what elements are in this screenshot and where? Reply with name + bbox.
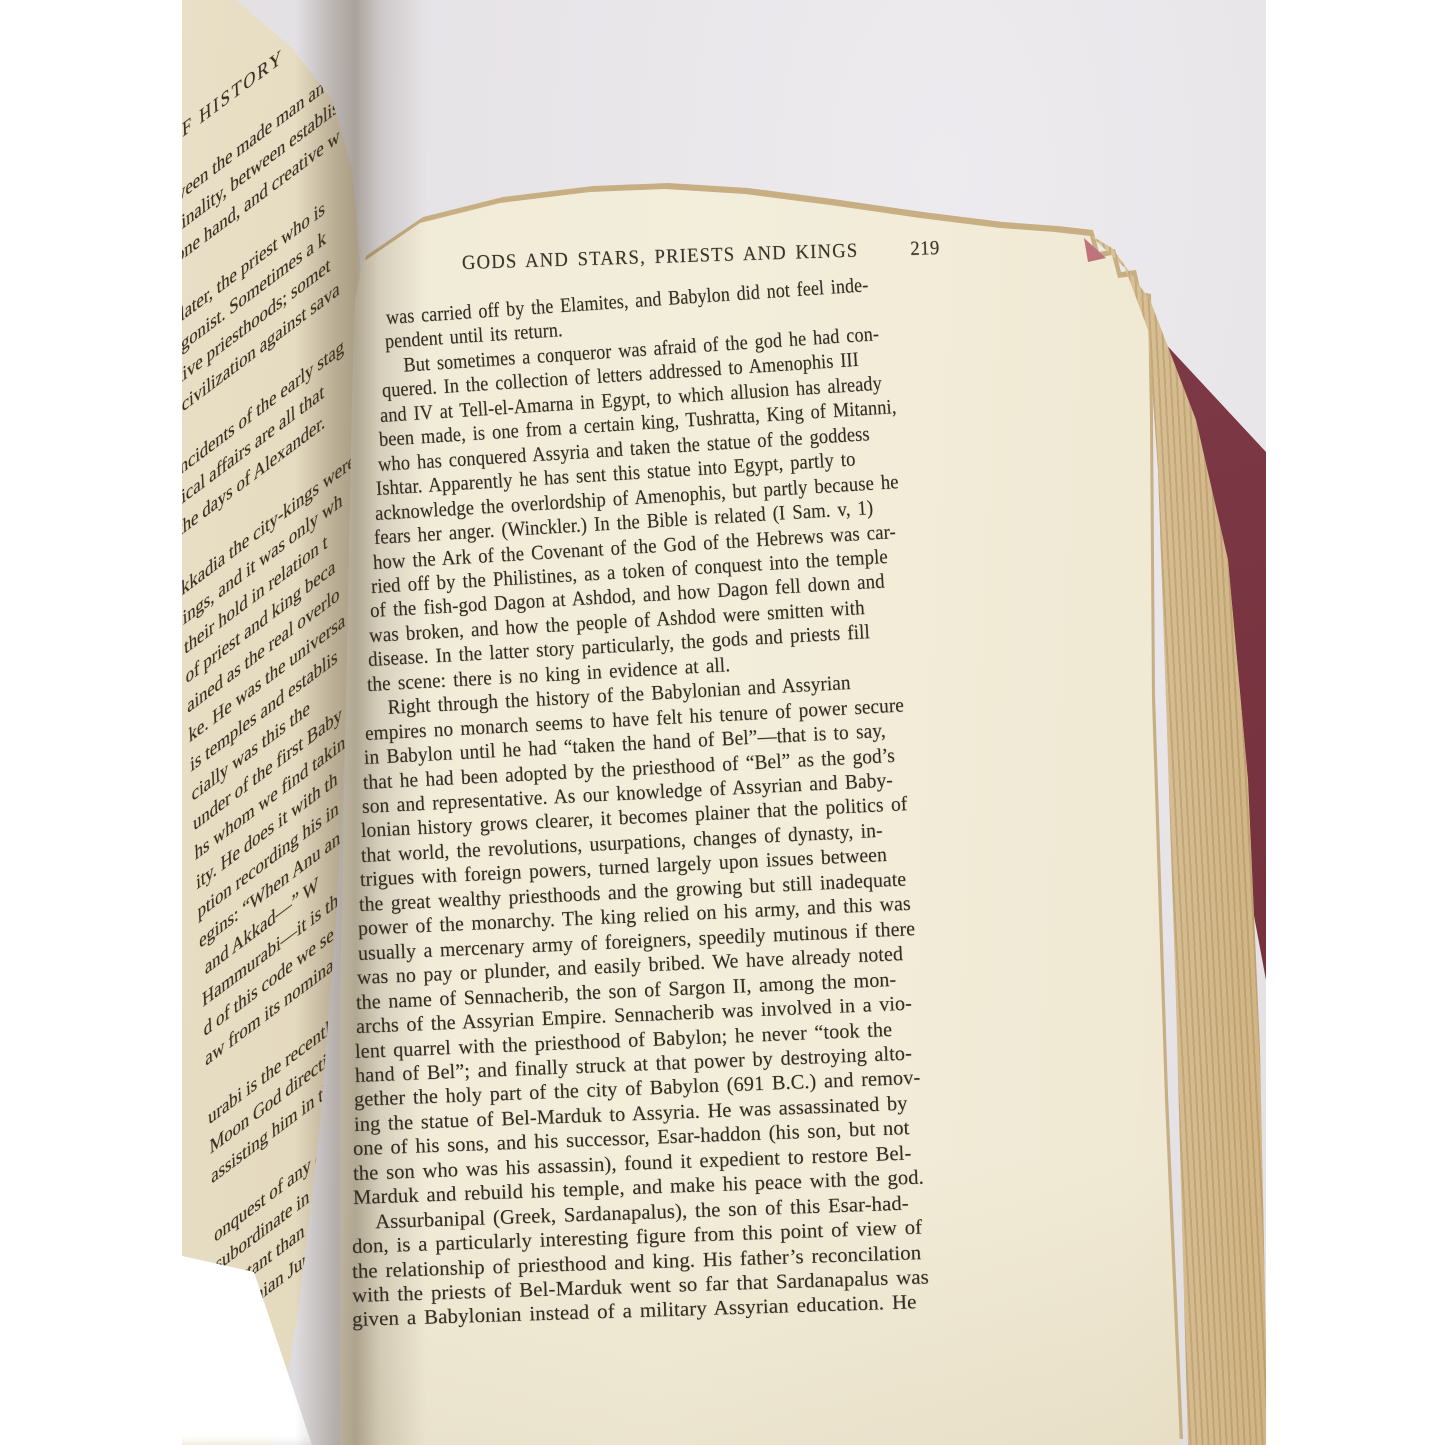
white-border-left <box>0 0 182 1445</box>
book-photo: OF HISTORY etween the made man and srigi… <box>0 0 1445 1445</box>
white-border-right <box>1266 0 1445 1445</box>
page-number: 219 <box>910 237 940 261</box>
